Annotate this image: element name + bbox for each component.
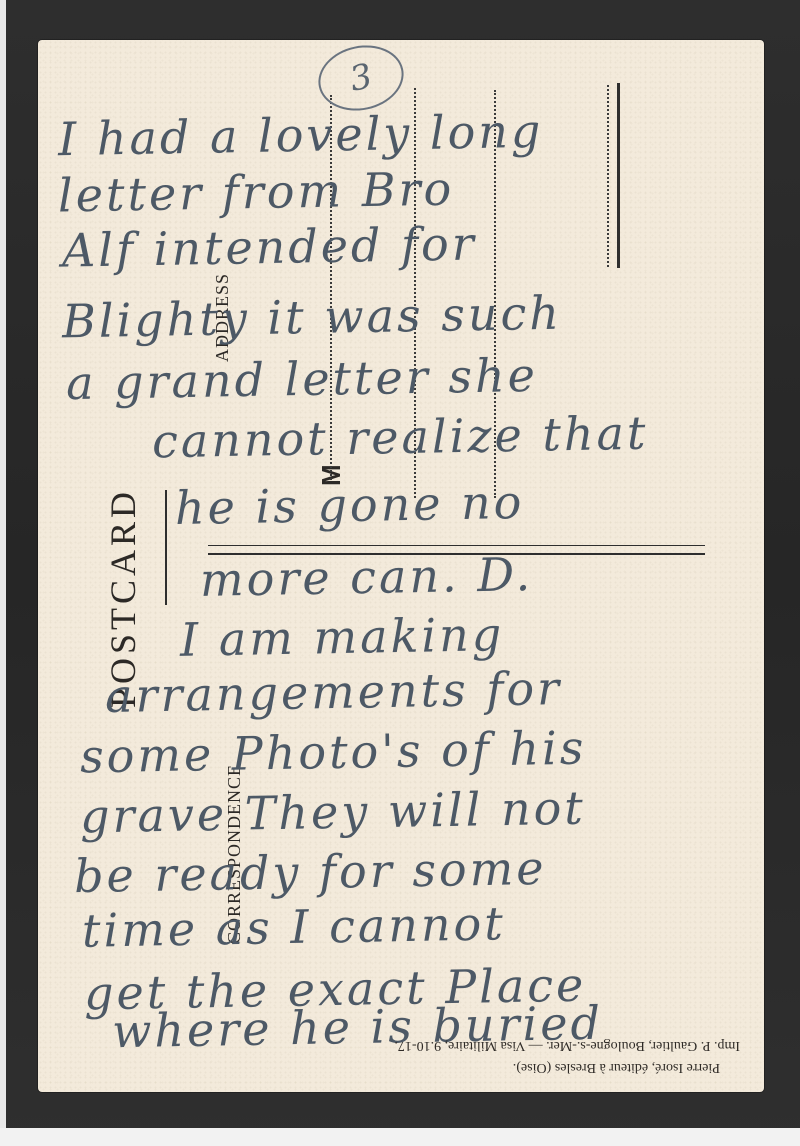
handwriting-line: time as I cannot [82,896,507,957]
handwriting-line: more can. D. [200,547,534,607]
handwriting-line: be ready for some [74,841,547,903]
handwriting-line: a grand letter she [66,348,539,410]
handwriting-line: Alf intended for [62,216,478,277]
handwritten-message: 3 I had a lovely long letter from Bro Al… [0,0,800,1146]
imprint-printer: Imp. P. Gaultier, Boulogne-s.-Mer. — Vis… [220,1034,740,1056]
printer-imprint: Pierre Isoré, éditeur à Bresles (Oise). … [220,1034,740,1078]
handwriting-line: Blighty it was such [62,286,563,349]
imprint-publisher: Pierre Isoré, éditeur à Bresles (Oise). [220,1056,740,1078]
handwriting-line: some Photo's of his [80,721,587,784]
handwriting-line: I am making [180,607,505,667]
handwriting-line: I had a lovely long [58,104,544,166]
page-number: 3 [346,56,375,100]
handwriting-line: letter from Bro [58,162,455,223]
handwriting-line: grave They will not [80,781,587,844]
handwriting-line: he is gone no [175,475,525,535]
handwriting-line: arrangements for [105,661,563,723]
handwriting-line: cannot realize that [152,406,649,469]
